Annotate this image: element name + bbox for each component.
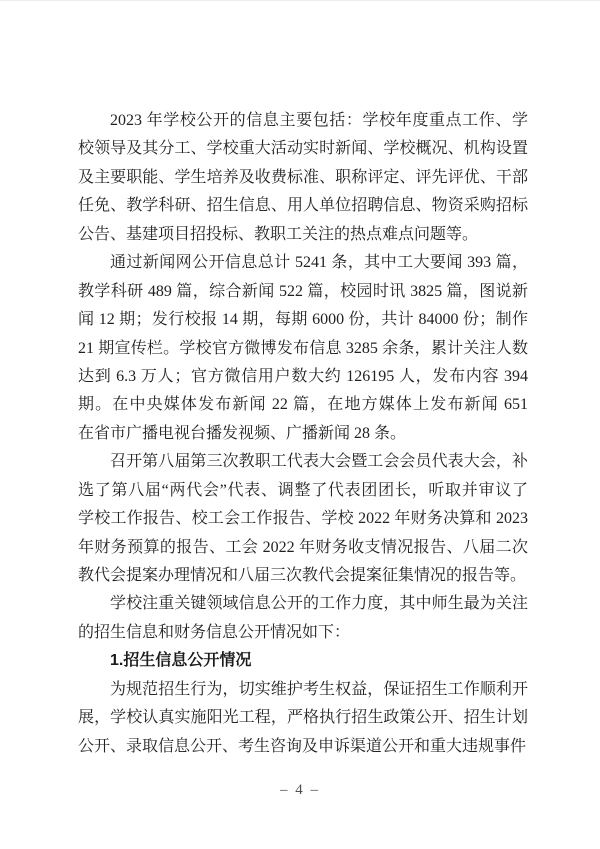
text-line: 公开、录取信息公开、考生咨询及申诉渠道公开和重大违规事件 — [78, 733, 528, 761]
text-line: 召开第八届第三次教职工代表大会暨工会会员代表大会，补 — [78, 448, 528, 476]
text-line: 公告、基建项目招投标、教职工关注的热点难点问题等。 — [78, 221, 528, 249]
text-line: 年财务预算的报告、工会 2022 年财务收支情况报告、八届二次 — [78, 534, 528, 562]
paragraph: 通过新闻网公开信息总计 5241 条，其中工大要闻 393 篇，教学科研 489… — [78, 249, 528, 448]
text-line: 展，学校认真实施阳光工程，严格执行招生政策公开、招生计划 — [78, 704, 528, 732]
text-line: 达到 6.3 万人；官方微信用户数大约 126195 人，发布内容 394 — [78, 363, 528, 391]
text-line: 校领导及其分工、学校重大活动实时新闻、学校概况、机构设置 — [78, 135, 528, 163]
section-heading: 1.招生信息公开情况 — [78, 647, 528, 675]
text-line: 教学科研 489 篇，综合新闻 522 篇，校园时讯 3825 篇，图说新 — [78, 278, 528, 306]
text-line: 闻 12 期；发行校报 14 期，每期 6000 份，共计 84000 份；制作 — [78, 306, 528, 334]
text-line: 期。在中央媒体发布新闻 22 篇，在地方媒体上发布新闻 651 条， — [78, 391, 528, 419]
page-number: – 4 – — [0, 782, 600, 799]
paragraph: 学校注重关键领域信息公开的工作力度，其中师生最为关注的招生信息和财务信息公开情况… — [78, 590, 528, 647]
text-line: 任免、教学科研、招生信息、用人单位招聘信息、物资采购招标 — [78, 192, 528, 220]
paragraph: 召开第八届第三次教职工代表大会暨工会会员代表大会，补选了第八届“两代会”代表、调… — [78, 448, 528, 590]
document-page: 2023 年学校公开的信息主要包括：学校年度重点工作、学校领导及其分工、学校重大… — [0, 0, 600, 849]
text-line: 学校工作报告、校工会工作报告、学校 2022 年财务决算和 2023 — [78, 505, 528, 533]
text-line: 选了第八届“两代会”代表、调整了代表团团长，听取并审议了 — [78, 477, 528, 505]
text-line: 21 期宣传栏。学校官方微博发布信息 3285 余条，累计关注人数 — [78, 335, 528, 363]
text-line: 教代会提案办理情况和八届三次教代会提案征集情况的报告等。 — [78, 562, 528, 590]
text-line: 为规范招生行为，切实维护考生权益，保证招生工作顺利开 — [78, 676, 528, 704]
paragraph: 为规范招生行为，切实维护考生权益，保证招生工作顺利开展，学校认真实施阳光工程，严… — [78, 676, 528, 761]
text-line: 通过新闻网公开信息总计 5241 条，其中工大要闻 393 篇， — [78, 249, 528, 277]
text-line: 及主要职能、学生培养及收费标准、职称评定、评先评优、干部 — [78, 164, 528, 192]
document-body: 2023 年学校公开的信息主要包括：学校年度重点工作、学校领导及其分工、学校重大… — [78, 107, 528, 761]
text-line: 1.招生信息公开情况 — [78, 647, 528, 675]
paragraph: 2023 年学校公开的信息主要包括：学校年度重点工作、学校领导及其分工、学校重大… — [78, 107, 528, 249]
text-line: 学校注重关键领域信息公开的工作力度，其中师生最为关注 — [78, 590, 528, 618]
text-line: 的招生信息和财务信息公开情况如下： — [78, 619, 528, 647]
text-line: 在省市广播电视台播发视频、广播新闻 28 条。 — [78, 420, 528, 448]
text-line: 2023 年学校公开的信息主要包括：学校年度重点工作、学 — [78, 107, 528, 135]
